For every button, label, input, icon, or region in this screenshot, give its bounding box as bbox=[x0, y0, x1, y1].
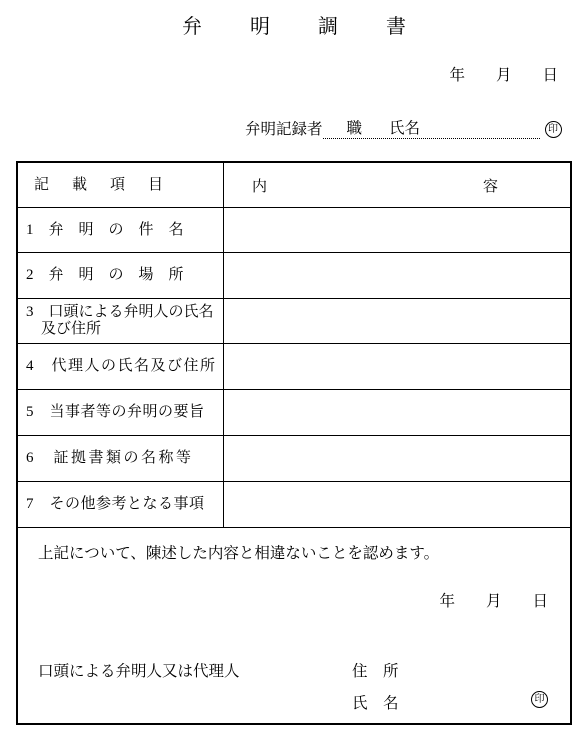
table-row-3: 3 口頭による弁明人の氏名 及び住所 bbox=[18, 299, 570, 344]
recorder-seal-mark: 印 bbox=[545, 121, 562, 138]
content-cell-5[interactable] bbox=[224, 390, 570, 435]
recorder-line: 弁明記録者 職 氏名 印 bbox=[245, 118, 562, 139]
row-label-matter-name: 1 弁 明 の 件 名 bbox=[18, 208, 224, 252]
recorder-fill-field[interactable]: 職 氏名 bbox=[323, 118, 540, 139]
recorder-job-label: 職 bbox=[347, 116, 363, 138]
row-label-agent-name-address: 4 代理人の氏名及び住所 bbox=[18, 344, 224, 389]
recorder-name-label: 氏名 bbox=[389, 116, 420, 138]
record-table: 記 載 項 目 内 容 1 弁 明 の 件 名 2 弁 明 の 場 所 3 口頭… bbox=[16, 161, 572, 725]
name-label: 氏 名 bbox=[352, 691, 399, 713]
row-label-evidence-documents: 6 証拠書類の名称等 bbox=[18, 436, 224, 481]
footer-date-line: 年 月 日 bbox=[439, 589, 548, 611]
table-row-1: 1 弁 明 の 件 名 bbox=[18, 208, 570, 253]
declarant-or-agent-label: 口頭による弁明人又は代理人 bbox=[38, 659, 240, 681]
footer-cell: 上記について、陳述した内容と相違ないことを認めます。 年 月 日 口頭による弁明… bbox=[18, 528, 570, 723]
address-label: 住 所 bbox=[352, 659, 399, 681]
content-cell-6[interactable] bbox=[224, 436, 570, 481]
recorder-label: 弁明記録者 bbox=[245, 117, 323, 139]
content-cell-2[interactable] bbox=[224, 253, 570, 298]
table-row-5: 5 当事者等の弁明の要旨 bbox=[18, 390, 570, 436]
benmei-chosho-form: 弁 明 調 書 年 月 日 弁明記録者 職 氏名 印 記 載 項 目 内 容 1… bbox=[0, 0, 588, 736]
content-cell-4[interactable] bbox=[224, 344, 570, 389]
confirmation-statement: 上記について、陳述した内容と相違ないことを認めます。 bbox=[38, 541, 439, 563]
row-label-statement-gist: 5 当事者等の弁明の要旨 bbox=[18, 390, 224, 435]
table-row-7: 7 その他参考となる事項 bbox=[18, 482, 570, 528]
top-date-line: 年 月 日 bbox=[449, 63, 558, 85]
row-label-place: 2 弁 明 の 場 所 bbox=[18, 253, 224, 298]
content-cell-1[interactable] bbox=[224, 208, 570, 252]
header-content-second: 容 bbox=[483, 175, 498, 196]
content-cell-3[interactable] bbox=[224, 299, 570, 343]
header-item-column: 記 載 項 目 bbox=[18, 163, 224, 207]
table-row-6: 6 証拠書類の名称等 bbox=[18, 436, 570, 482]
table-row-2: 2 弁 明 の 場 所 bbox=[18, 253, 570, 299]
table-header-row: 記 載 項 目 内 容 bbox=[18, 163, 570, 208]
row-label-declarant-name-address: 3 口頭による弁明人の氏名 及び住所 bbox=[18, 299, 224, 343]
header-content-column: 内 容 bbox=[224, 163, 570, 207]
table-row-4: 4 代理人の氏名及び住所 bbox=[18, 344, 570, 390]
header-content-first: 内 bbox=[252, 175, 267, 196]
row-label-other-reference: 7 その他参考となる事項 bbox=[18, 482, 224, 527]
signer-seal-mark: 印 bbox=[531, 691, 548, 708]
content-cell-7[interactable] bbox=[224, 482, 570, 527]
form-title: 弁 明 調 書 bbox=[0, 10, 588, 39]
